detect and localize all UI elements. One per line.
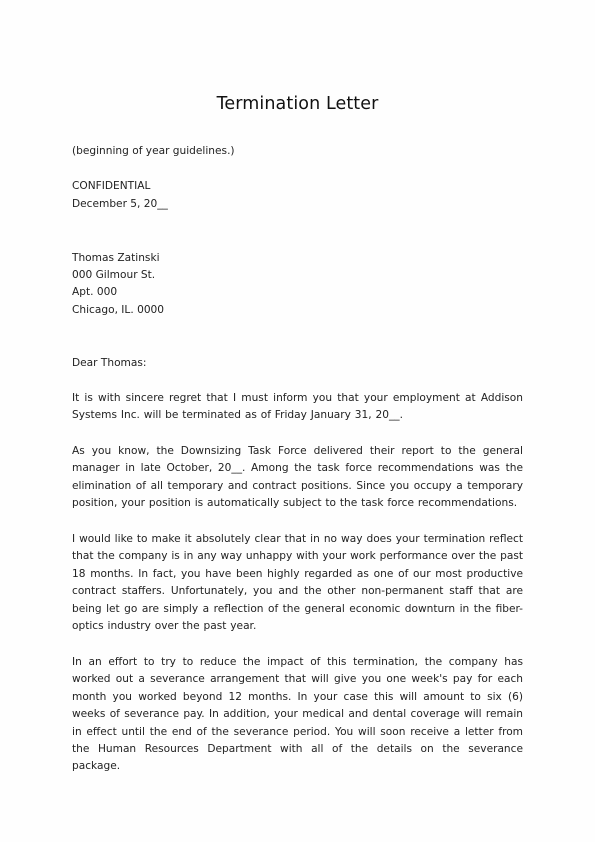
salutation: Dear Thomas: (72, 355, 146, 373)
guidelines-note: (beginning of year guidelines.) (72, 143, 235, 161)
letter-date: December 5, 20__ (72, 196, 168, 214)
paragraph-2: As you know, the Downsizing Task Force d… (72, 443, 523, 513)
recipient-street: 000 Gilmour St. (72, 267, 155, 285)
paragraph-1: It is with sincere regret that I must in… (72, 390, 523, 425)
recipient-name: Thomas Zatinski (72, 250, 160, 268)
recipient-apt: Apt. 000 (72, 284, 117, 302)
paragraph-4: In an effort to try to reduce the impact… (72, 654, 523, 776)
confidential-label: CONFIDENTIAL (72, 178, 150, 196)
document-title: Termination Letter (0, 94, 595, 114)
paragraph-3: I would like to make it absolutely clear… (72, 531, 523, 635)
recipient-city: Chicago, IL. 0000 (72, 302, 164, 320)
document-page: Termination Letter (beginning of year gu… (0, 0, 595, 842)
